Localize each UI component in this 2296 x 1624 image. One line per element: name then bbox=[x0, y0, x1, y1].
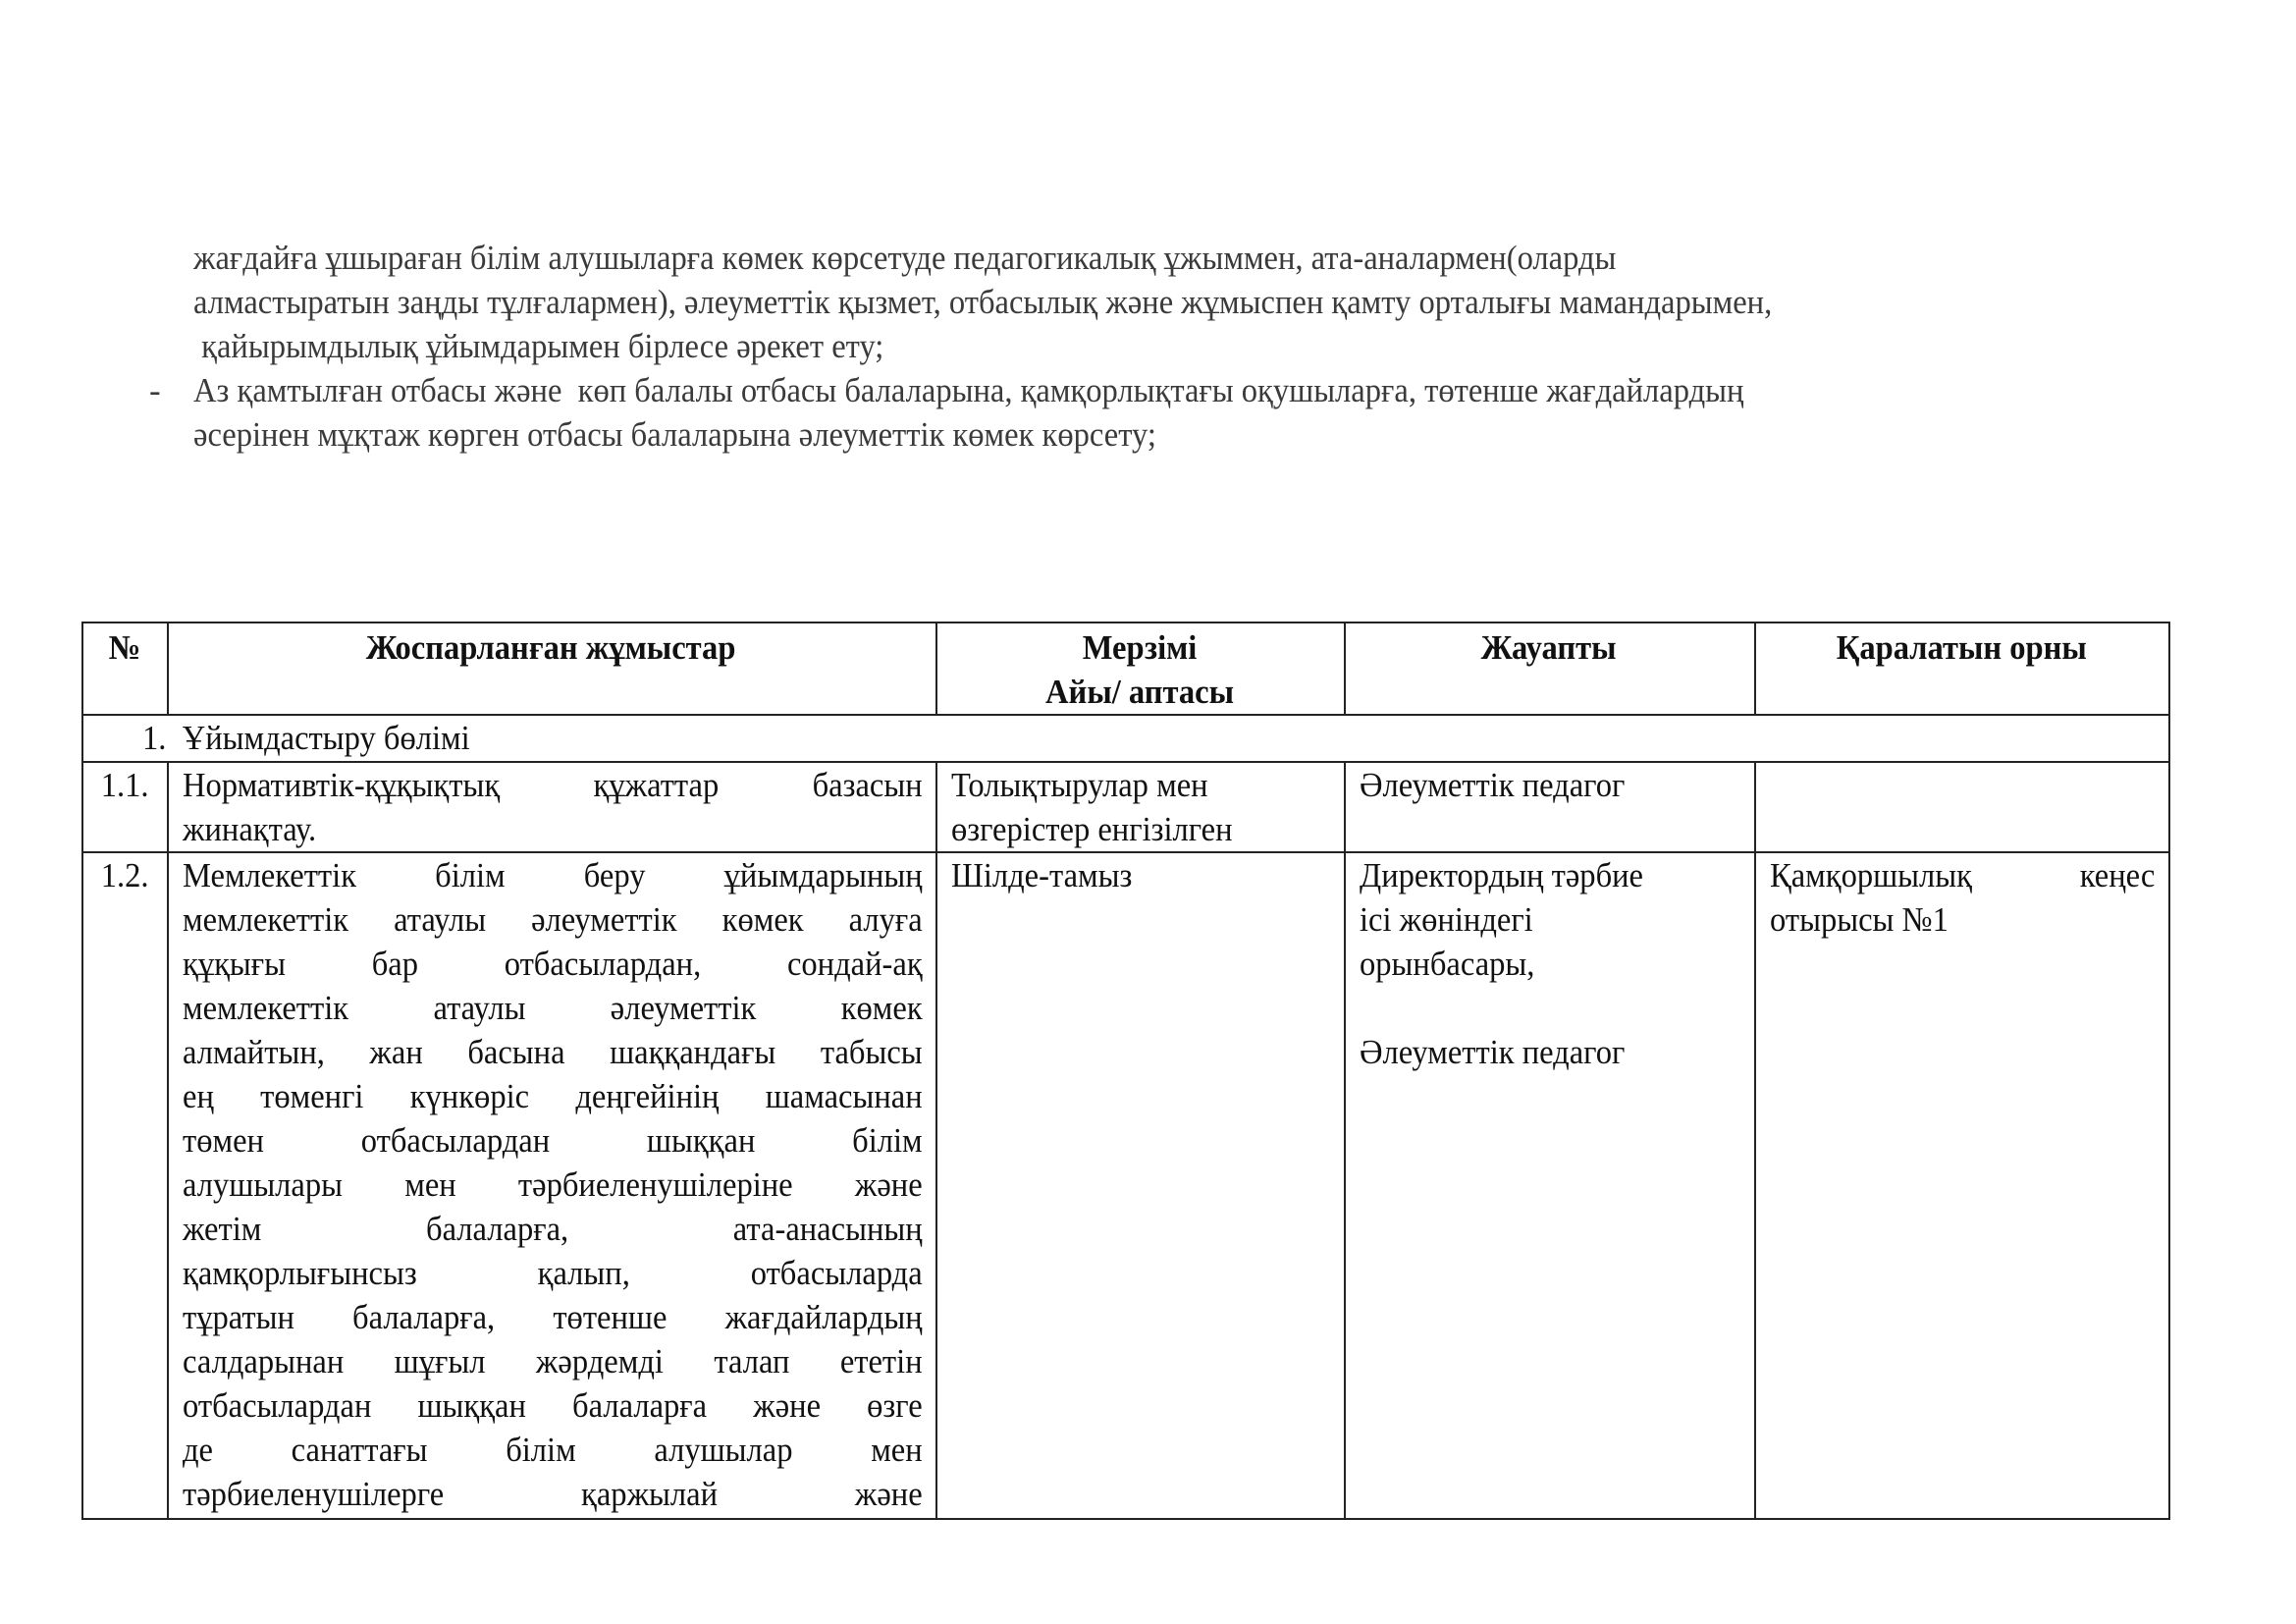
cell-line: мемлекеттікатаулыәлеуметтіккөмек bbox=[183, 986, 923, 1030]
cell-line: салдарынаншұғылжәрдемдіталапететін bbox=[183, 1339, 923, 1383]
intro-text: жағдайға ұшыраған білім алушыларға көмек… bbox=[193, 236, 2137, 457]
cell-line: Әлеуметтік педагог bbox=[1360, 763, 1739, 807]
row-responsible: Әлеуметтік педагог bbox=[1345, 762, 1754, 852]
row-review-place bbox=[1755, 762, 2169, 852]
row-term: Толықтырулар менөзгерістер енгізілген bbox=[936, 762, 1345, 852]
cell-line: жетімбалаларға,ата-анасының bbox=[183, 1207, 923, 1251]
cell-line: тұратынбалаларға,төтеншежағдайлардың bbox=[183, 1295, 923, 1339]
cell-line bbox=[1360, 986, 1739, 1030]
row-number: 1.2. bbox=[82, 852, 168, 1519]
bullet-item: - Аз қамтылған отбасы және көп балалы от… bbox=[193, 368, 2137, 457]
cell-line: жинақтау. bbox=[183, 807, 923, 851]
table-row: 1.2. Мемлекеттікбілімберуұйымдарыныңмемл… bbox=[82, 852, 2169, 1519]
cell-line: Шілде-тамыз bbox=[951, 853, 1330, 897]
table-row: 1.1. Нормативтік-құқықтыққұжаттарбазасын… bbox=[82, 762, 2169, 852]
cell-line: Толықтырулар мен bbox=[951, 763, 1330, 807]
cell-line: Нормативтік-құқықтыққұжаттарбазасын bbox=[183, 763, 923, 807]
bullet-line: Аз қамтылған отбасы және көп балалы отба… bbox=[193, 368, 2001, 412]
cell-line: Қамқоршылықкеңес bbox=[1770, 853, 2155, 897]
row-number: 1.1. bbox=[82, 762, 168, 852]
cell-line: Мемлекеттікбілімберуұйымдарының bbox=[183, 853, 923, 897]
bullet-line: әсерінен мұқтаж көрген отбасы балаларына… bbox=[193, 412, 2001, 457]
cell-line: еңтөменгікүнкөрісдеңгейініңшамасынан bbox=[183, 1074, 923, 1118]
cell-line: орынбасары, bbox=[1360, 942, 1739, 986]
row-responsible: Директордың тәрбиеісі жөніндегіорынбасар… bbox=[1345, 852, 1754, 1519]
cell-line: мемлекеттікатаулыәлеуметтіккөмекалуға bbox=[183, 897, 923, 942]
cell-line: тәрбиеленушілергеқаржылайжәне bbox=[183, 1472, 923, 1516]
cell-line: құқығыбаротбасылардан,сондай-ақ bbox=[183, 942, 923, 986]
header-term: Мерзімі Айы/ аптасы bbox=[936, 623, 1345, 715]
cell-line: десанаттағыбілімалушылармен bbox=[183, 1428, 923, 1472]
cell-line: Директордың тәрбие bbox=[1360, 853, 1739, 897]
work-plan-table: № Жоспарланған жұмыстар Мерзімі Айы/ апт… bbox=[81, 622, 2170, 1520]
header-review-place: Қаралатын орны bbox=[1755, 623, 2169, 715]
cell-line: өзгерістер енгізілген bbox=[951, 807, 1330, 851]
cell-line: отбасыларданшыққанбалаларғажәнеөзге bbox=[183, 1383, 923, 1428]
row-review-place: Қамқоршылықкеңесотырысы №1 bbox=[1755, 852, 2169, 1519]
header-responsible: Жауапты bbox=[1345, 623, 1754, 715]
cell-line: алмайтын,жанбасынашаққандағытабысы bbox=[183, 1030, 923, 1074]
header-planned-work: Жоспарланған жұмыстар bbox=[168, 623, 937, 715]
intro-line: жағдайға ұшыраған білім алушыларға көмек… bbox=[193, 236, 2001, 280]
row-term: Шілде-тамыз bbox=[936, 852, 1345, 1519]
section-title: 1. Ұйымдастыру бөлімі bbox=[82, 715, 2169, 762]
header-number: № bbox=[82, 623, 168, 715]
cell-line: алушыларыментәрбиеленушілерінежәне bbox=[183, 1163, 923, 1207]
cell-line: қамқорлығынсызқалып,отбасыларда bbox=[183, 1251, 923, 1295]
intro-line: алмастыратын заңды тұлғалармен), әлеумет… bbox=[193, 280, 2001, 324]
intro-line: қайырымдылық ұйымдарымен бірлесе әрекет … bbox=[193, 324, 2001, 368]
document-page: жағдайға ұшыраған білім алушыларға көмек… bbox=[0, 0, 2296, 1624]
cell-line: төменотбасыларданшыққанбілім bbox=[183, 1118, 923, 1163]
cell-line: ісі жөніндегі bbox=[1360, 897, 1739, 942]
section-row: 1. Ұйымдастыру бөлімі bbox=[82, 715, 2169, 762]
dash-bullet-icon: - bbox=[149, 368, 161, 412]
row-work: Мемлекеттікбілімберуұйымдарыныңмемлекетт… bbox=[168, 852, 937, 1519]
cell-line: отырысы №1 bbox=[1770, 897, 2155, 942]
row-work: Нормативтік-құқықтыққұжаттарбазасынжинақ… bbox=[168, 762, 937, 852]
cell-line: Әлеуметтік педагог bbox=[1360, 1030, 1739, 1074]
table-header-row: № Жоспарланған жұмыстар Мерзімі Айы/ апт… bbox=[82, 623, 2169, 715]
